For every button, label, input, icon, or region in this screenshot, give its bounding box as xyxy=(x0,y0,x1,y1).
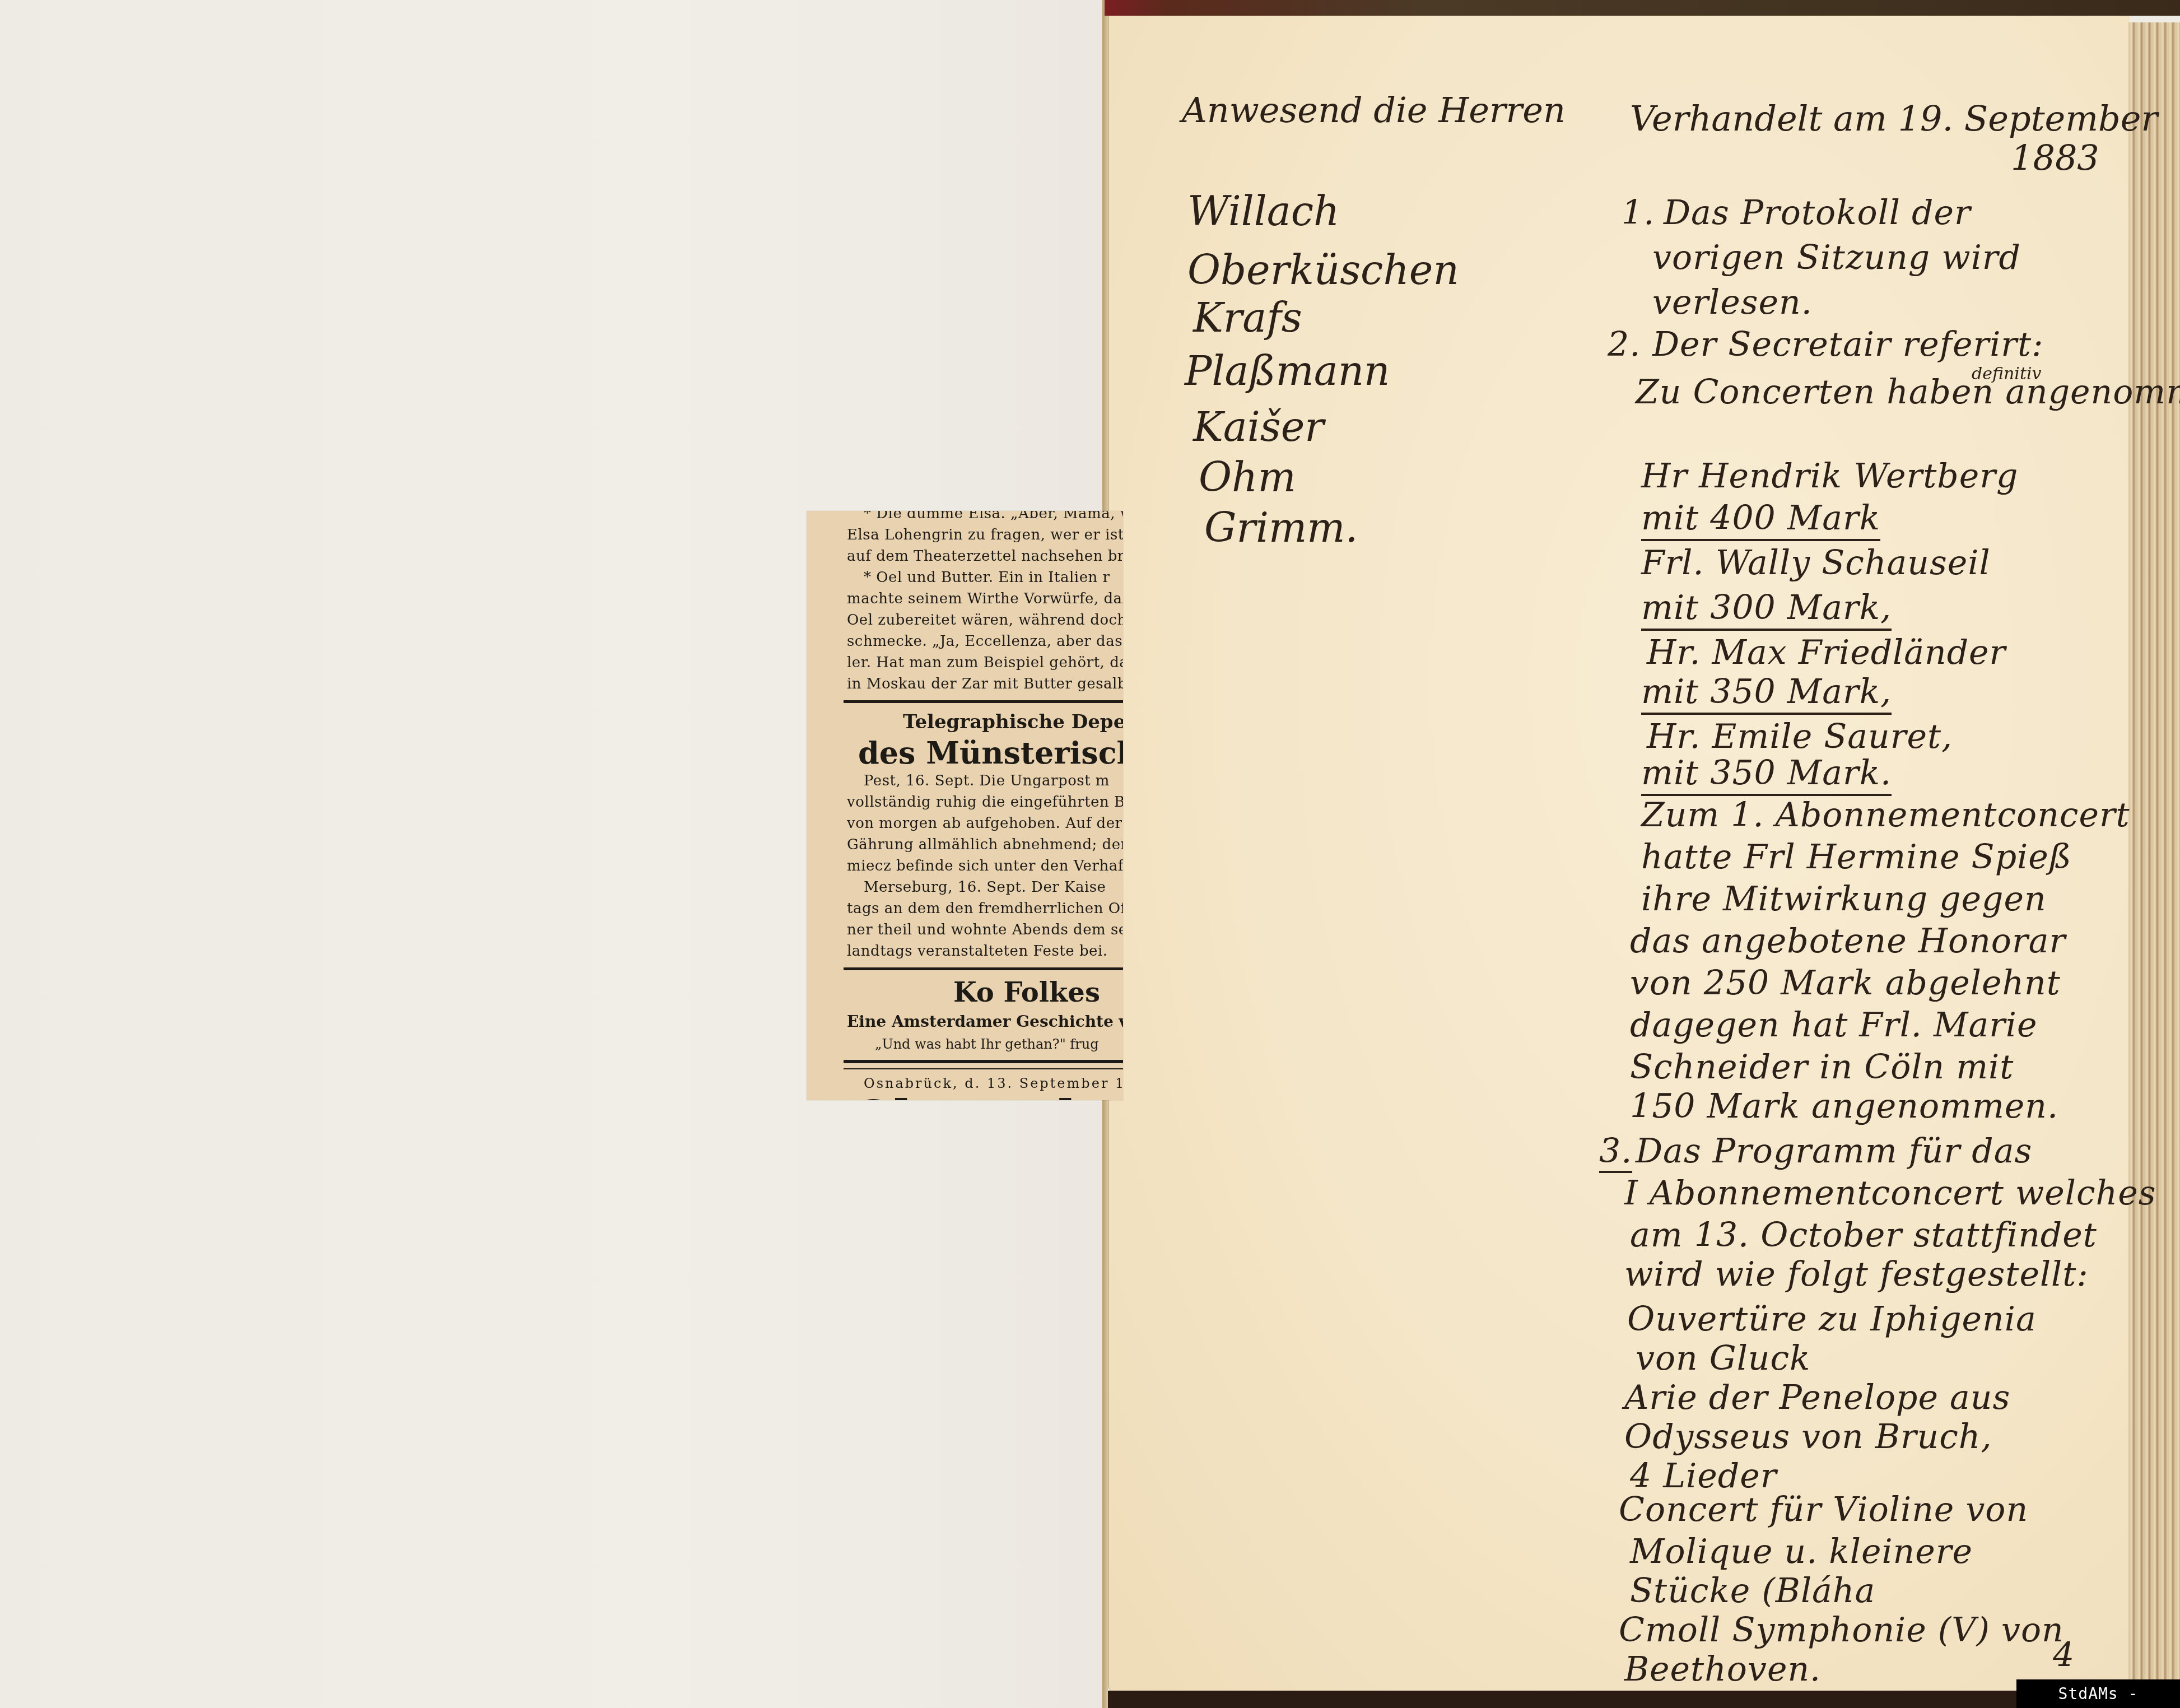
fee-line: mit 350 Mark. xyxy=(1641,753,1892,796)
clip-line: Gährung allmählich abnehmend; der beka xyxy=(847,834,1123,855)
item-line: verlesen. xyxy=(1652,283,1813,322)
clip-line: auf dem Theaterzettel nachsehen brauchen… xyxy=(847,546,1123,567)
attendee-name: Oberküschen xyxy=(1187,246,1459,294)
item-line: Hr. Emile Sauret, xyxy=(1647,717,1953,756)
program-composer: Beethoven. xyxy=(1624,1650,1821,1689)
attendee-name: Ohm xyxy=(1199,454,1296,501)
attendee-name: Krafs xyxy=(1193,294,1302,341)
item-line: Das Protokoll der xyxy=(1664,193,1971,232)
clipping-content: * Die dumme Elsa. „Aber, Mama, w Elsa Lo… xyxy=(847,511,1123,1100)
dateline: Osnabrück, d. 13. September 188 xyxy=(847,1075,1123,1092)
item-line: von 250 Mark abgelehnt xyxy=(1630,964,2061,1003)
clip-line: in Moskau der Zar mit Butter gesalbt xyxy=(847,673,1123,695)
program-piece: Concert für Violine von xyxy=(1619,1490,2028,1529)
clip-heading: Telegraphische Depe xyxy=(847,709,1123,736)
clip-line: Pest, 16. Sept. Die Ungarpost m xyxy=(847,770,1123,792)
item-line: Das Programm für das xyxy=(1636,1132,2032,1171)
item-line: hatte Frl Hermine Spieß xyxy=(1641,837,2072,877)
item-number: 3. xyxy=(1599,1132,1632,1173)
clip-line: miecz befinde sich unter den Verhafteten… xyxy=(847,855,1123,877)
program-piece: Cmoll Symphonie (V) von xyxy=(1619,1611,2064,1650)
item-number: 2. xyxy=(1608,325,1641,364)
attendee-name: Grimm. xyxy=(1204,504,1358,551)
item-number: 1. xyxy=(1622,193,1655,232)
item-line: vorigen Sitzung wird xyxy=(1652,238,2021,277)
attendees-header: Anwesend die Herren xyxy=(1182,90,1566,131)
item-line: Der Secretair referirt: xyxy=(1652,325,2043,364)
program-piece: Molique u. kleinere xyxy=(1630,1532,1973,1571)
item-line: am 13. October stattfindet xyxy=(1630,1216,2097,1255)
clip-line: vollständig ruhig die eingeführten Besch… xyxy=(847,792,1123,813)
archive-reference-label: StdAMs - MV_003_252 xyxy=(2016,1679,2180,1708)
attendee-name: Plaßmann xyxy=(1185,347,1390,394)
divider xyxy=(844,700,1123,703)
clip-line: * Die dumme Elsa. „Aber, Mama, w xyxy=(847,511,1123,524)
clip-line: ler. Hat man zum Beispiel gehört, daß xyxy=(847,652,1123,673)
attendee-name: Kaišer xyxy=(1193,403,1324,450)
book-cover-edge xyxy=(1105,0,2180,16)
clip-line: landtags veranstalteten Feste bei. xyxy=(847,941,1123,962)
divider xyxy=(844,967,1123,970)
program-piece: Odysseus von Bruch, xyxy=(1624,1417,1992,1456)
double-divider xyxy=(844,1060,1123,1069)
clip-line: Merseburg, 16. Sept. Der Kaise xyxy=(847,877,1123,898)
program-composer: von Gluck xyxy=(1636,1339,1810,1378)
fee-line: mit 400 Mark xyxy=(1641,499,1880,541)
item-line: das angebotene Honorar xyxy=(1630,922,2066,961)
clip-line: Elsa Lohengrin zu fragen, wer er ist. S xyxy=(847,524,1123,546)
item-line: Frl. Wally Schauseil xyxy=(1641,543,1991,583)
program-piece: Stücke (Bláha xyxy=(1630,1571,1875,1611)
clip-line: * Oel und Butter. Ein in Italien r xyxy=(847,567,1123,588)
item-line: Zum 1. Abonnementconcert xyxy=(1641,795,2130,835)
clip-line: von morgen ab aufgehoben. Auf der A xyxy=(847,813,1123,834)
attendee-name: Willach xyxy=(1187,188,1339,235)
clip-line: Oel zubereitet wären, während doch die xyxy=(847,609,1123,631)
session-year: 1883 xyxy=(2011,137,2099,178)
story-quote: „Und was habt Ihr gethan?" frug xyxy=(847,1034,1123,1054)
item-line: Hr. Max Friedländer xyxy=(1647,633,2006,672)
clip-line: ner theil und wohnte Abends dem seiten xyxy=(847,919,1123,941)
item-line: Zu Concerten haben angenommen: xyxy=(1636,373,2180,412)
session-date-header: Verhandelt am 19. September xyxy=(1630,98,2158,139)
fee-line: mit 300 Mark, xyxy=(1641,588,1892,631)
clip-line: machte seinem Wirthe Vorwürfe, daß a xyxy=(847,588,1123,609)
program-piece: Ouvertüre zu Iphigenia xyxy=(1627,1300,2037,1339)
page-stack-edge xyxy=(2128,22,2180,1681)
item-line: 150 Mark angenommen. xyxy=(1630,1087,2058,1126)
item-line: ihre Mitwirkung gegen xyxy=(1641,879,2047,919)
story-title: Ko Folkes xyxy=(847,976,1123,1009)
item-line: I Abonnementconcert welches xyxy=(1624,1174,2156,1213)
item-line: Hr Hendrik Wertberg xyxy=(1641,457,2018,496)
clip-line: schmecke. „Ja, Eccellenza, aber das Oel xyxy=(847,631,1123,652)
item-line: dagegen hat Frl. Marie xyxy=(1630,1006,2038,1045)
clip-heading-large: des Münsterischen A xyxy=(847,736,1123,770)
ad-title: Obstverkau xyxy=(847,1092,1123,1100)
program-piece: Arie der Penelope aus xyxy=(1624,1378,2010,1417)
fee-line: mit 350 Mark, xyxy=(1641,672,1892,715)
item-line: wird wie folgt festgestellt: xyxy=(1624,1255,2089,1294)
newspaper-clipping: * Die dumme Elsa. „Aber, Mama, w Elsa Lo… xyxy=(807,511,1123,1100)
story-subtitle: Eine Amsterdamer Geschichte von H xyxy=(847,1009,1123,1034)
item-line: Schneider in Cöln mit xyxy=(1630,1048,2014,1087)
clip-line: tags an dem den fremdherrlichen Offizie xyxy=(847,898,1123,919)
page-number: 4 xyxy=(2053,1636,2075,1675)
